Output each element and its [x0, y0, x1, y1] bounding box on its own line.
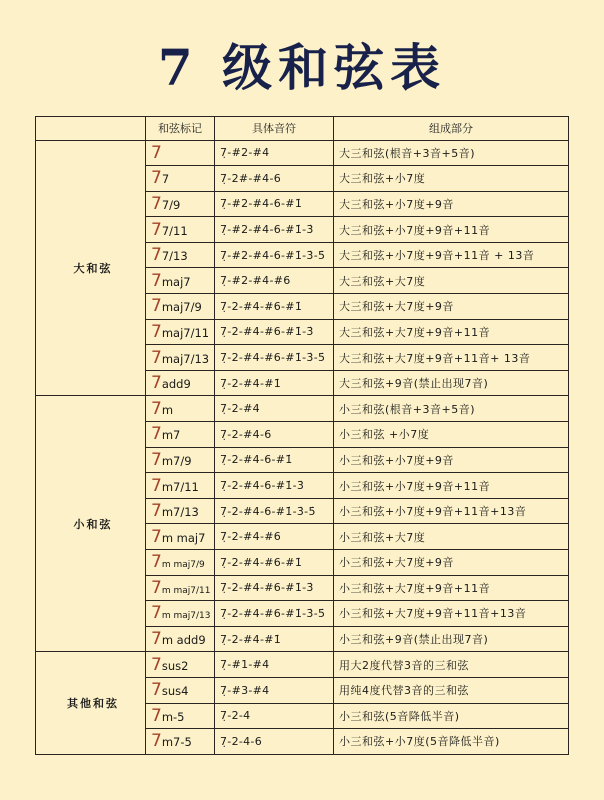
composition-cell: 小三和弦+大7度 — [334, 524, 569, 550]
chord-suffix: m maj7 — [162, 531, 206, 545]
chord-suffix: sus4 — [162, 684, 189, 698]
notes-cell: 7̣-2-#4-6-#1̇ — [215, 447, 334, 473]
notes-cell: 7̣-2-#4-6-#1̇-3̇ — [215, 473, 334, 499]
composition-cell: 小三和弦+小7度(5音降低半音) — [334, 729, 569, 755]
chord-mark-cell: 77/13 — [146, 242, 215, 268]
chord-mark-cell: 77/11 — [146, 217, 215, 243]
chord-root: 7 — [151, 194, 162, 214]
composition-cell: 小三和弦+小7度+9音+11音+13音 — [334, 498, 569, 524]
notes-cell: 7̣-2-#4-#6-#1̇-3̇ — [215, 319, 334, 345]
chord-root: 7 — [151, 450, 162, 470]
chord-root: 7 — [151, 552, 162, 572]
chord-suffix: maj7/11 — [162, 326, 209, 340]
composition-cell: 小三和弦+大7度+9音+11音 — [334, 575, 569, 601]
page-title: 7 级和弦表 — [0, 28, 604, 100]
chord-root: 7 — [151, 296, 162, 316]
chord-root: 7 — [151, 322, 162, 342]
composition-cell: 大三和弦+小7度+9音+11音 — [334, 217, 569, 243]
composition-cell: 大三和弦+小7度 — [334, 166, 569, 192]
notes-cell: 7̣-#3-#4 — [215, 677, 334, 703]
chord-suffix: m maj7/13 — [162, 611, 211, 621]
notes-cell: 7̣-2-#4 — [215, 396, 334, 422]
chord-mark-cell: 7m add9 — [146, 626, 215, 652]
chord-mark-cell: 7maj7/9 — [146, 294, 215, 320]
chord-root: 7 — [151, 680, 162, 700]
header-notes: 具体音符 — [215, 117, 334, 141]
chord-mark-cell: 7maj7/11 — [146, 319, 215, 345]
chord-suffix: m7/11 — [162, 480, 199, 494]
header-category — [36, 117, 146, 141]
notes-cell: 7̣-2-#4-#6-#1̇ — [215, 550, 334, 576]
chord-root: 7 — [151, 168, 162, 188]
notes-cell: 7̣-2-#4-#1̇ — [215, 370, 334, 396]
notes-cell: 7̣-#2-#4-6-#1̇-3̇ — [215, 217, 334, 243]
chord-mark-cell: 7m — [146, 396, 215, 422]
chord-root: 7 — [151, 373, 162, 393]
category-label: 其他和弦 — [36, 652, 146, 754]
chord-root: 7 — [151, 245, 162, 265]
chord-suffix: m-5 — [162, 710, 185, 724]
chord-root: 7 — [151, 629, 162, 649]
composition-cell: 大三和弦+小7度+9音+11音 + 13音 — [334, 242, 569, 268]
chord-suffix: m add9 — [162, 633, 206, 647]
notes-cell: 7̣-2-4 — [215, 703, 334, 729]
chord-root: 7 — [151, 424, 162, 444]
chord-suffix: m — [162, 403, 173, 417]
chord-mark-cell: 7m maj7/11 — [146, 575, 215, 601]
chord-mark-cell: 7m-5 — [146, 703, 215, 729]
notes-cell: 7̣-#2-#4-#6 — [215, 268, 334, 294]
chord-suffix: m maj7/11 — [162, 586, 211, 596]
chord-mark-cell: 7maj7/13 — [146, 345, 215, 371]
composition-cell: 大三和弦+大7度+9音+11音 — [334, 319, 569, 345]
chord-mark-cell: 7add9 — [146, 370, 215, 396]
chord-root: 7 — [151, 501, 162, 521]
composition-cell: 小三和弦+小7度+9音 — [334, 447, 569, 473]
notes-cell: 7̣-#2-#4 — [215, 140, 334, 166]
chord-mark-cell: 7maj7 — [146, 268, 215, 294]
chord-suffix: 7 — [162, 172, 169, 186]
composition-cell: 大三和弦+大7度 — [334, 268, 569, 294]
chord-suffix: m7 — [162, 428, 181, 442]
chord-suffix: maj7/13 — [162, 352, 209, 366]
chord-root: 7 — [151, 476, 162, 496]
chord-root: 7 — [151, 348, 162, 368]
chord-mark-cell: 7sus2 — [146, 652, 215, 678]
table-header-row: 和弦标记 具体音符 组成部分 — [36, 117, 569, 141]
composition-cell: 小三和弦+小7度+9音+11音 — [334, 473, 569, 499]
chord-suffix: m7-5 — [162, 735, 192, 749]
chord-mark-cell: 7m maj7/13 — [146, 601, 215, 627]
notes-cell: 7̣-2-#4-#6-#1̇-3̇ — [215, 575, 334, 601]
composition-cell: 大三和弦(根音+3音+5音) — [334, 140, 569, 166]
header-chord-mark: 和弦标记 — [146, 117, 215, 141]
notes-cell: 7̣-2-4-6 — [215, 729, 334, 755]
notes-cell: 7̣-2-#4-#6-#1̇ — [215, 294, 334, 320]
composition-cell: 小三和弦+大7度+9音+11音+13音 — [334, 601, 569, 627]
chord-mark-cell: 7m maj7 — [146, 524, 215, 550]
chord-mark-cell: 7sus4 — [146, 677, 215, 703]
chord-mark-cell: 7m maj7/9 — [146, 550, 215, 576]
table-row: 其他和弦7sus27̣-#1-#4用大2度代替3音的三和弦 — [36, 652, 569, 678]
chord-suffix: 7/11 — [162, 224, 188, 238]
chord-suffix: 7/9 — [162, 198, 181, 212]
chord-suffix: maj7 — [162, 275, 191, 289]
chord-mark-cell: 7 — [146, 140, 215, 166]
notes-cell: 7̣-#2-#4-6-#1̇-3̇-5̇ — [215, 242, 334, 268]
composition-cell: 大三和弦+大7度+9音 — [334, 294, 569, 320]
notes-cell: 7̣-2-#4-#6 — [215, 524, 334, 550]
notes-cell: 7̣-2-#4-6-#1̇-3̇-5̇ — [215, 498, 334, 524]
notes-cell: 7̣-#1-#4 — [215, 652, 334, 678]
category-label: 小和弦 — [36, 396, 146, 652]
notes-cell: 7̣-2#-#4-6 — [215, 166, 334, 192]
chord-suffix: sus2 — [162, 659, 189, 673]
composition-cell: 大三和弦+小7度+9音 — [334, 191, 569, 217]
composition-cell: 小三和弦+9音(禁止出现7音) — [334, 626, 569, 652]
notes-cell: 7̣-2-#4-#1̇ — [215, 626, 334, 652]
chord-mark-cell: 7m7/13 — [146, 498, 215, 524]
chord-mark-cell: 7m7/11 — [146, 473, 215, 499]
chord-mark-cell: 7m7/9 — [146, 447, 215, 473]
chord-root: 7 — [151, 578, 162, 598]
composition-cell: 大三和弦+9音(禁止出现7音) — [334, 370, 569, 396]
category-label: 大和弦 — [36, 140, 146, 396]
notes-cell: 7̣-2-#4-6 — [215, 422, 334, 448]
chord-root: 7 — [151, 603, 162, 623]
chord-root: 7 — [151, 399, 162, 419]
chord-mark-cell: 77 — [146, 166, 215, 192]
notes-cell: 7̣-2-#4-#6-#1̇-3̇-5̇ — [215, 345, 334, 371]
chord-root: 7 — [151, 731, 162, 751]
composition-cell: 小三和弦(5音降低半音) — [334, 703, 569, 729]
table-row: 小和弦7m7̣-2-#4小三和弦(根音+3音+5音) — [36, 396, 569, 422]
chord-root: 7 — [151, 655, 162, 675]
chord-suffix: m7/9 — [162, 454, 192, 468]
composition-cell: 小三和弦 +小7度 — [334, 422, 569, 448]
header-composition: 组成部分 — [334, 117, 569, 141]
chord-root: 7 — [151, 527, 162, 547]
chord-root: 7 — [151, 143, 162, 163]
notes-cell: 7̣-2-#4-#6-#1̇-3̇-5̇ — [215, 601, 334, 627]
chord-mark-cell: 77/9 — [146, 191, 215, 217]
chord-table: 和弦标记 具体音符 组成部分 大和弦77̣-#2-#4大三和弦(根音+3音+5音… — [35, 116, 569, 755]
chord-suffix: m7/13 — [162, 505, 199, 519]
composition-cell: 小三和弦+大7度+9音 — [334, 550, 569, 576]
chord-suffix: m maj7/9 — [162, 560, 205, 570]
table-row: 大和弦77̣-#2-#4大三和弦(根音+3音+5音) — [36, 140, 569, 166]
chord-root: 7 — [151, 220, 162, 240]
composition-cell: 用大2度代替3音的三和弦 — [334, 652, 569, 678]
chord-mark-cell: 7m7 — [146, 422, 215, 448]
chord-root: 7 — [151, 706, 162, 726]
chord-suffix: 7/13 — [162, 249, 188, 263]
chord-suffix: maj7/9 — [162, 300, 202, 314]
chord-mark-cell: 7m7-5 — [146, 729, 215, 755]
notes-cell: 7̣-#2-#4-6-#1̇ — [215, 191, 334, 217]
composition-cell: 小三和弦(根音+3音+5音) — [334, 396, 569, 422]
composition-cell: 用纯4度代替3音的三和弦 — [334, 677, 569, 703]
chord-suffix: add9 — [162, 377, 191, 391]
composition-cell: 大三和弦+大7度+9音+11音+ 13音 — [334, 345, 569, 371]
chord-root: 7 — [151, 271, 162, 291]
